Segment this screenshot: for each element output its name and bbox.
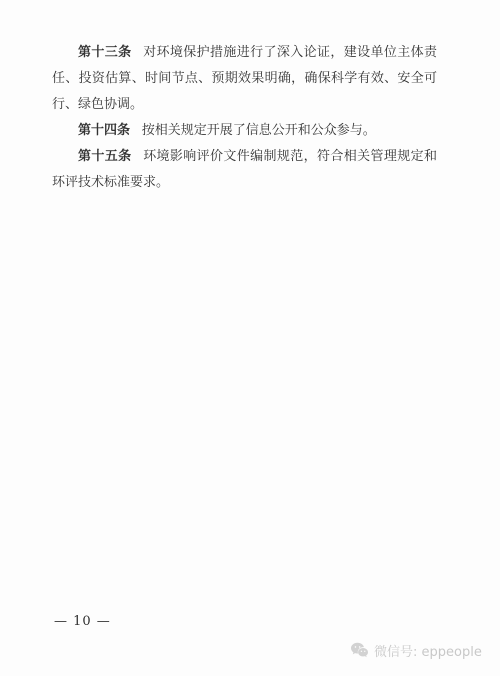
wechat-icon bbox=[350, 642, 369, 659]
page-number: — 10 — bbox=[54, 614, 111, 629]
article-13-term: 第十三条 bbox=[78, 45, 132, 60]
article-14-term: 第十四条 bbox=[78, 123, 130, 138]
article-15-term: 第十五条 bbox=[78, 149, 132, 164]
paragraph-article-14: 第十四条按相关规定开展了信息公开和公众参与。 bbox=[52, 118, 437, 144]
paragraph-article-15: 第十五条环境影响评价文件编制规范，符合相关管理规定和环评技术标准要求。 bbox=[52, 144, 437, 196]
document-page: 第十三条对环境保护措施进行了深入论证，建设单位主体责任、投资估算、时间节点、预期… bbox=[0, 0, 500, 676]
document-body: 第十三条对环境保护措施进行了深入论证，建设单位主体责任、投资估算、时间节点、预期… bbox=[52, 40, 437, 196]
watermark-label: 微信号: eppeople bbox=[374, 641, 482, 660]
paragraph-article-13: 第十三条对环境保护措施进行了深入论证，建设单位主体责任、投资估算、时间节点、预期… bbox=[52, 40, 437, 118]
article-14-text: 按相关规定开展了信息公开和公众参与。 bbox=[142, 123, 376, 138]
wechat-watermark: 微信号: eppeople bbox=[350, 641, 482, 660]
